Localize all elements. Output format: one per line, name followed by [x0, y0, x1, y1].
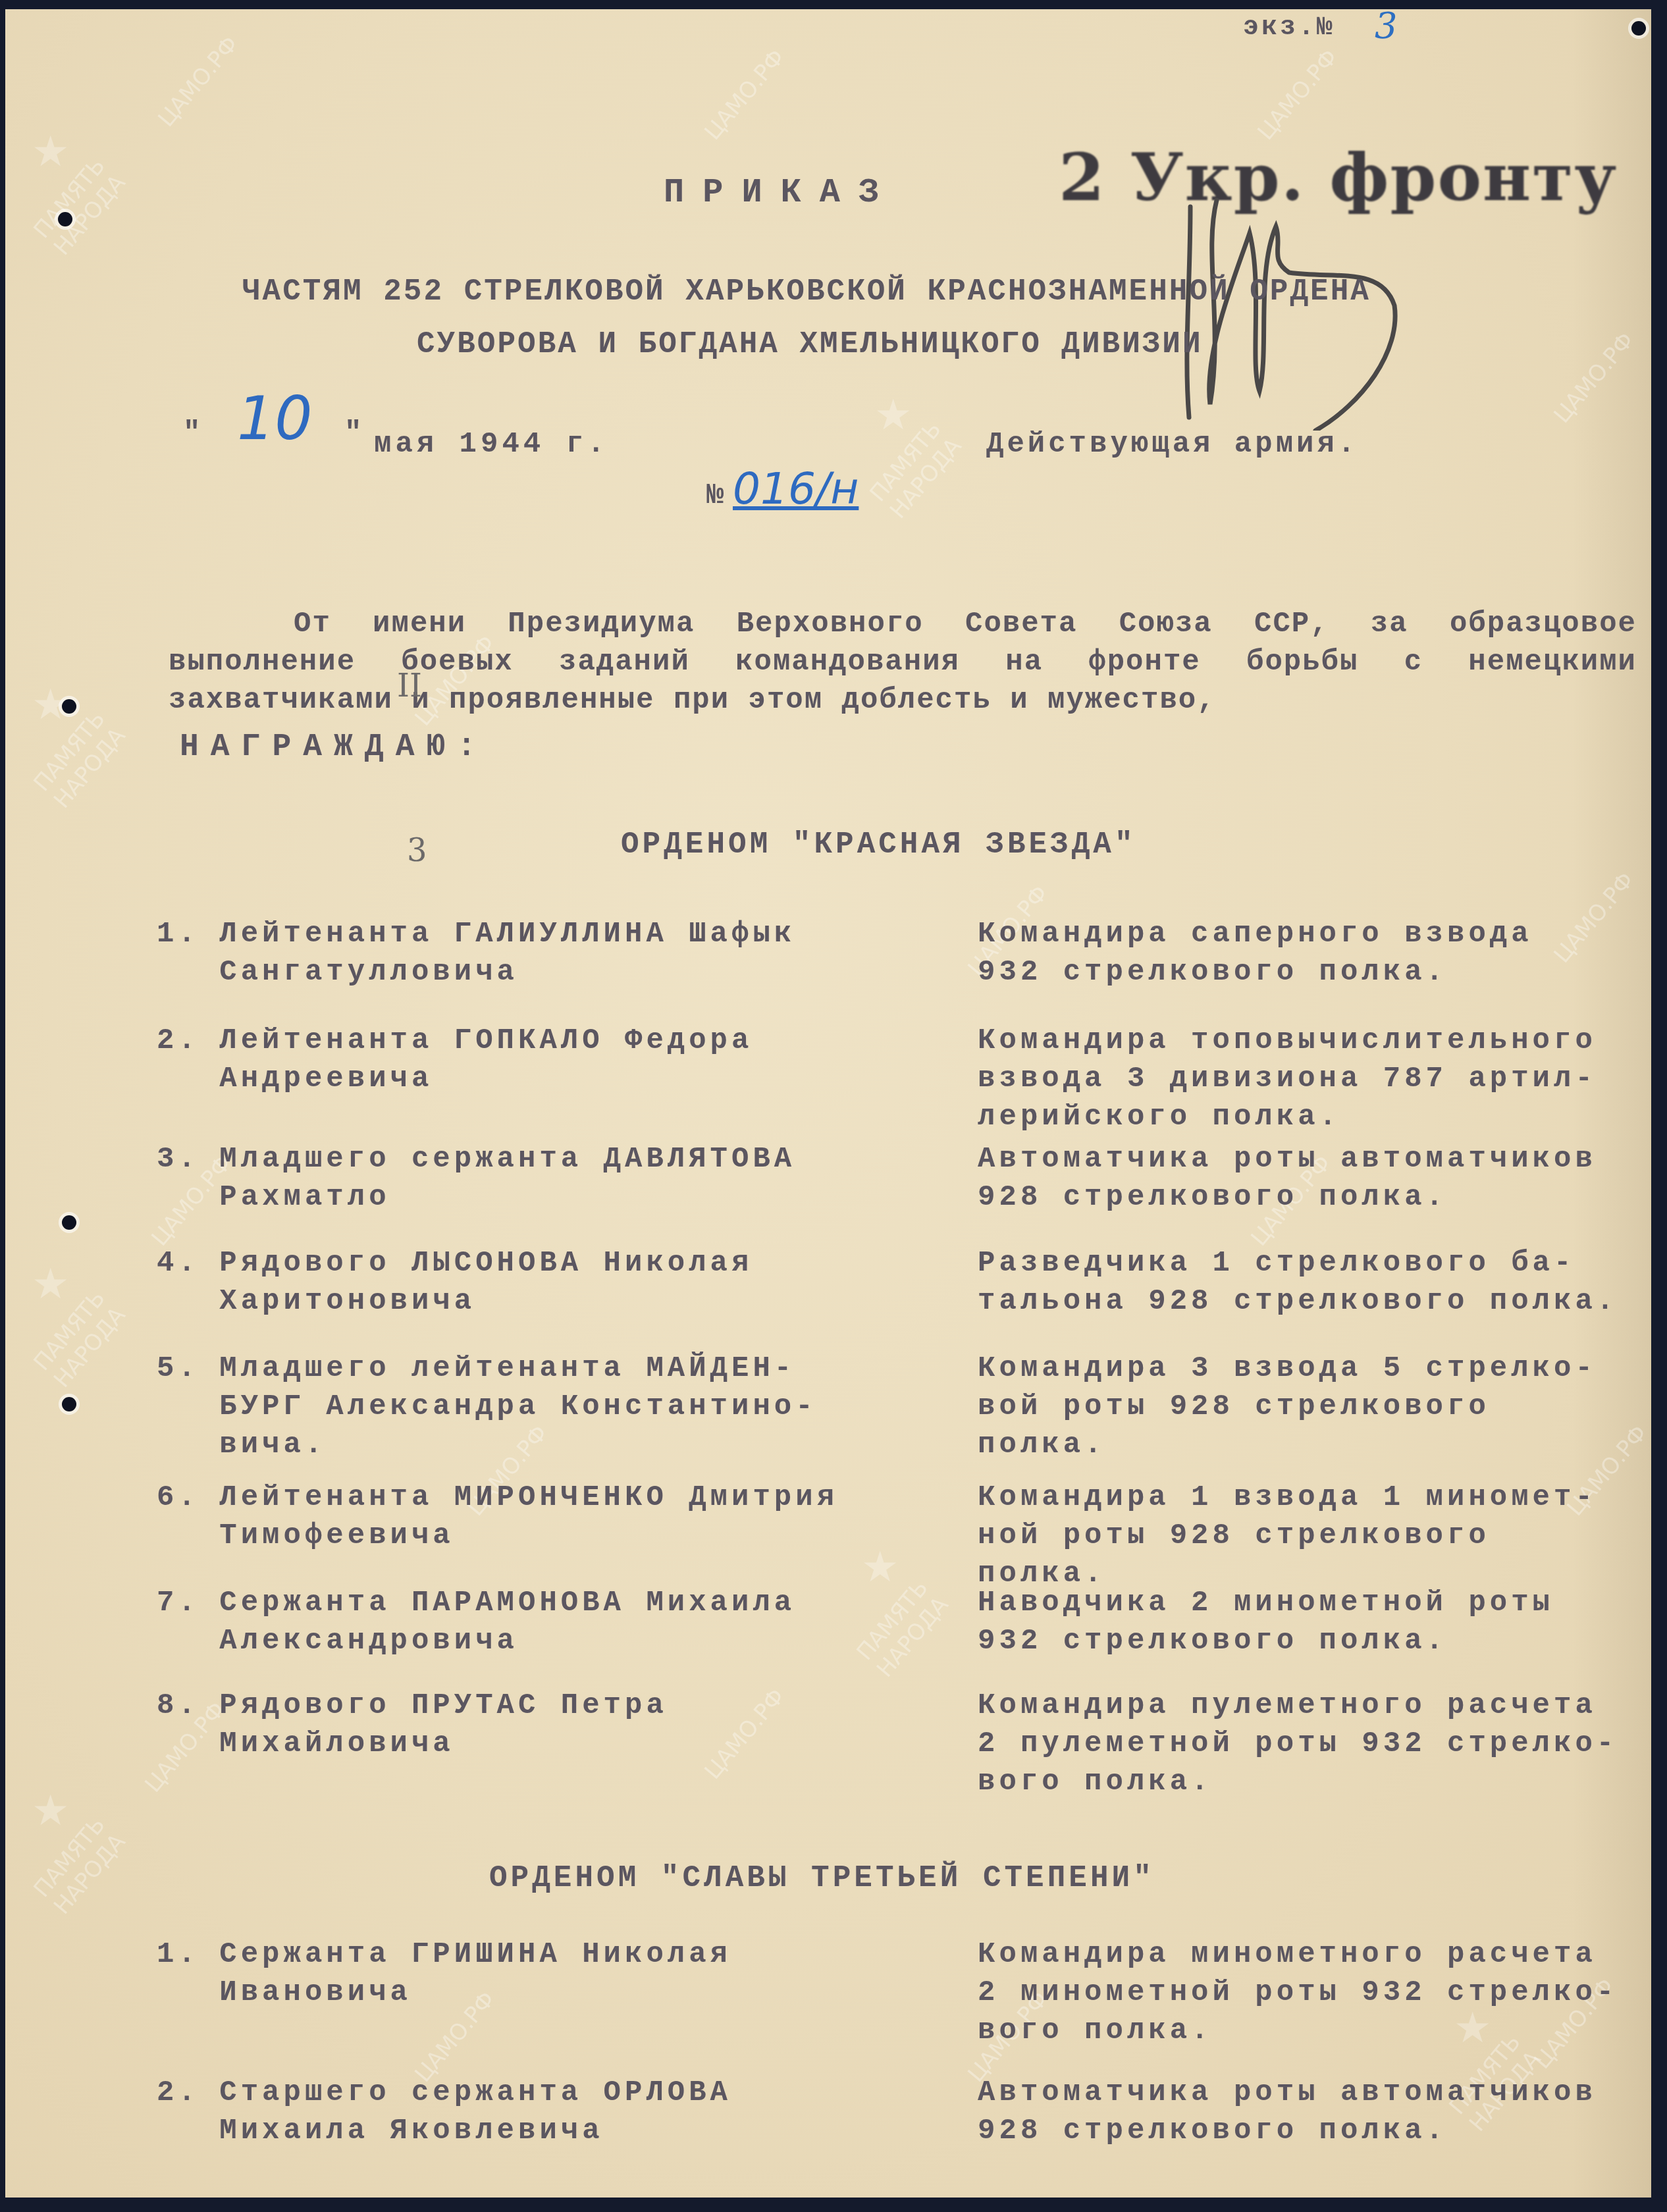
- date-day: 10: [237, 384, 313, 454]
- entry-number: 2.: [157, 2074, 219, 2150]
- award-entry: 1. Сержанта ГРИШИНА Николая Ивановича Ко…: [157, 1935, 1631, 2050]
- scan-border-top: [0, 0, 1667, 9]
- entry-position: Командира саперного взвода 932 стрелково…: [978, 915, 1631, 991]
- entry-recipient: Лейтенанта ГАЛИУЛЛИНА Шафык Сангатуллови…: [219, 915, 978, 991]
- entry-recipient: Старшего сержанта ОРЛОВА Михаила Яковлев…: [219, 2074, 978, 2150]
- entry-recipient: Рядового ЛЫСОНОВА Николая Харитоновича: [219, 1244, 978, 1321]
- date-quote-close: ": [344, 414, 365, 452]
- entry-position: Наводчика 2 минометной роты 932 стрелков…: [978, 1584, 1631, 1660]
- entry-recipient: Сержанта ПАРАМОНОВА Михаила Александрови…: [219, 1584, 978, 1660]
- star-watermark-icon: ★: [32, 128, 69, 176]
- award-entry: 4. Рядового ЛЫСОНОВА Николая Харитонович…: [157, 1244, 1631, 1321]
- date-month-year: мая 1944 г.: [374, 425, 608, 463]
- award-entry: 8. Рядового ПРУТАС Петра Михайловича Ком…: [157, 1687, 1631, 1801]
- scan-border-bottom: [0, 2198, 1667, 2212]
- entry-recipient: Лейтенанта ГОПКАЛО Федора Андреевича: [219, 1022, 978, 1136]
- scan-border-left: [0, 0, 5, 2212]
- document-title: ПРИКАЗ: [664, 174, 897, 212]
- entry-number: 7.: [157, 1584, 219, 1660]
- award-entry: 1. Лейтенанта ГАЛИУЛЛИНА Шафык Сангатулл…: [157, 915, 1631, 991]
- entry-position: Командира 1 взвода 1 миномет- ной роты 9…: [978, 1479, 1631, 1593]
- entry-recipient: Рядового ПРУТАС Петра Михайловича: [219, 1687, 978, 1801]
- archive-watermark: ЦАМО.РФ: [153, 31, 244, 132]
- copy-number: 3: [1375, 9, 1397, 47]
- section-title-glory-3rd-class: ОРДЕНОМ "СЛАВЫ ТРЕТЬЕЙ СТЕПЕНИ": [489, 1859, 1155, 1897]
- entry-position: Командира минометного расчета 2 минометн…: [978, 1935, 1631, 2050]
- entry-recipient: Сержанта ГРИШИНА Николая Ивановича: [219, 1935, 978, 2050]
- header-line-1: ЧАСТЯМ 252 СТРЕЛКОВОЙ ХАРЬКОВСКОЙ КРАСНО…: [242, 273, 1371, 311]
- punch-hole: [62, 1215, 76, 1230]
- star-watermark-icon: ★: [32, 1787, 69, 1835]
- entry-number: 4.: [157, 1244, 219, 1321]
- entry-number: 2.: [157, 1022, 219, 1136]
- award-entry: 2. Лейтенанта ГОПКАЛО Федора Андреевича …: [157, 1022, 1631, 1136]
- award-entry: 2. Старшего сержанта ОРЛОВА Михаила Яков…: [157, 2074, 1631, 2150]
- location: Действующая армия.: [986, 425, 1358, 463]
- award-entry: 5. Младшего лейтенанта МАЙДЕН- БУРГ Алек…: [157, 1350, 1631, 1464]
- entry-position: Автоматчика роты автоматчиков 928 стрелк…: [978, 1140, 1631, 1217]
- entry-position: Разведчика 1 стрелкового ба- тальона 928…: [978, 1244, 1631, 1321]
- entry-position: Командира 3 взвода 5 стрелко- вой роты 9…: [978, 1350, 1631, 1464]
- date-quote-open: ": [183, 414, 204, 452]
- section-title-red-star: ОРДЕНОМ "КРАСНАЯ ЗВЕЗДА": [621, 826, 1136, 864]
- star-watermark-icon: ★: [32, 1260, 69, 1309]
- entry-number: 6.: [157, 1479, 219, 1593]
- archive-watermark: ЦАМО.РФ: [1252, 44, 1343, 145]
- entry-position: Командира пулеметного расчета 2 пулеметн…: [978, 1687, 1631, 1801]
- header-line-2: СУВОРОВА И БОГДАНА ХМЕЛЬНИЦКОГО ДИВИЗИИ: [417, 325, 1203, 363]
- punch-hole: [58, 212, 72, 226]
- award-entry: 7. Сержанта ПАРАМОНОВА Михаила Александр…: [157, 1584, 1631, 1660]
- entry-number: 1.: [157, 1935, 219, 2050]
- preamble: От имени Президиума Верховного Совета Со…: [169, 605, 1637, 720]
- award-entry: 3. Младшего сержанта ДАВЛЯТОВА Рахматло …: [157, 1140, 1631, 1217]
- award-verb: НАГРАЖДАЮ:: [180, 728, 488, 766]
- document-page: ЦАМО.РФ ЦАМО.РФ ЦАМО.РФ ЦАМО.РФ ЦАМО.РФ …: [5, 9, 1651, 2198]
- entry-position: Командира топовычислительного взвода 3 д…: [978, 1022, 1631, 1136]
- entry-position: Автоматчика роты автоматчиков 928 стрелк…: [978, 2074, 1631, 2150]
- entry-recipient: Лейтенанта МИРОНЧЕНКО Дмитрия Тимофеевич…: [219, 1479, 978, 1593]
- entry-number: 8.: [157, 1687, 219, 1801]
- entry-number: 1.: [157, 915, 219, 991]
- entry-recipient: Младшего лейтенанта МАЙДЕН- БУРГ Алексан…: [219, 1350, 978, 1464]
- entry-number: 3.: [157, 1140, 219, 1217]
- entry-recipient: Младшего сержанта ДАВЛЯТОВА Рахматло: [219, 1140, 978, 1217]
- award-entry: 6. Лейтенанта МИРОНЧЕНКО Дмитрия Тимофее…: [157, 1479, 1631, 1593]
- punch-hole: [1631, 21, 1646, 36]
- punch-hole: [62, 699, 76, 714]
- pencil-mark: 3: [407, 832, 427, 869]
- order-number: 016/н: [733, 463, 859, 514]
- copy-label: экз.№: [1243, 9, 1335, 47]
- scan-border-right: [1651, 0, 1667, 2212]
- punch-hole: [62, 1397, 76, 1411]
- pencil-mark: ІІ: [397, 668, 422, 704]
- star-watermark-icon: ★: [874, 391, 912, 440]
- order-number-prefix: №: [706, 477, 728, 515]
- entry-number: 5.: [157, 1350, 219, 1464]
- archive-watermark: ЦАМО.РФ: [699, 44, 790, 145]
